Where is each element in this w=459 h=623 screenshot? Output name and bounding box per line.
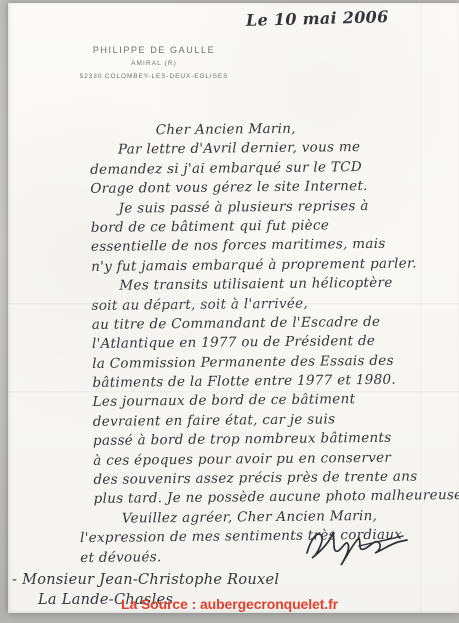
source-watermark: La Source : aubergecronquelet.fr	[0, 596, 459, 612]
scan-background: Le 10 mai 2006 PHILIPPE DE GAULLE AMIRAL…	[0, 0, 459, 623]
letter-page: Le 10 mai 2006 PHILIPPE DE GAULLE AMIRAL…	[8, 3, 459, 613]
letterhead-rank: AMIRAL (R)	[58, 60, 250, 67]
fold-crease-vertical	[420, 3, 422, 613]
letterhead-address: 52330 COLOMBEY-LES-DEUX-EGLISES	[58, 73, 250, 80]
letter-body: Cher Ancien Marin, Par lettre d'Avril de…	[90, 118, 458, 568]
signature-scrawl	[301, 519, 416, 571]
letter-line: n'y fut jamais embarqué à proprement par…	[91, 254, 454, 277]
recipient-name: - Monsieur Jean-Christophe Rouxel	[12, 570, 279, 590]
letterhead: PHILIPPE DE GAULLE AMIRAL (R) 52330 COLO…	[58, 45, 250, 80]
letterhead-name: PHILIPPE DE GAULLE	[58, 45, 250, 55]
letter-line: plus tard. Je ne possède aucune photo ma…	[94, 487, 457, 510]
letter-date: Le 10 mai 2006	[246, 7, 389, 30]
